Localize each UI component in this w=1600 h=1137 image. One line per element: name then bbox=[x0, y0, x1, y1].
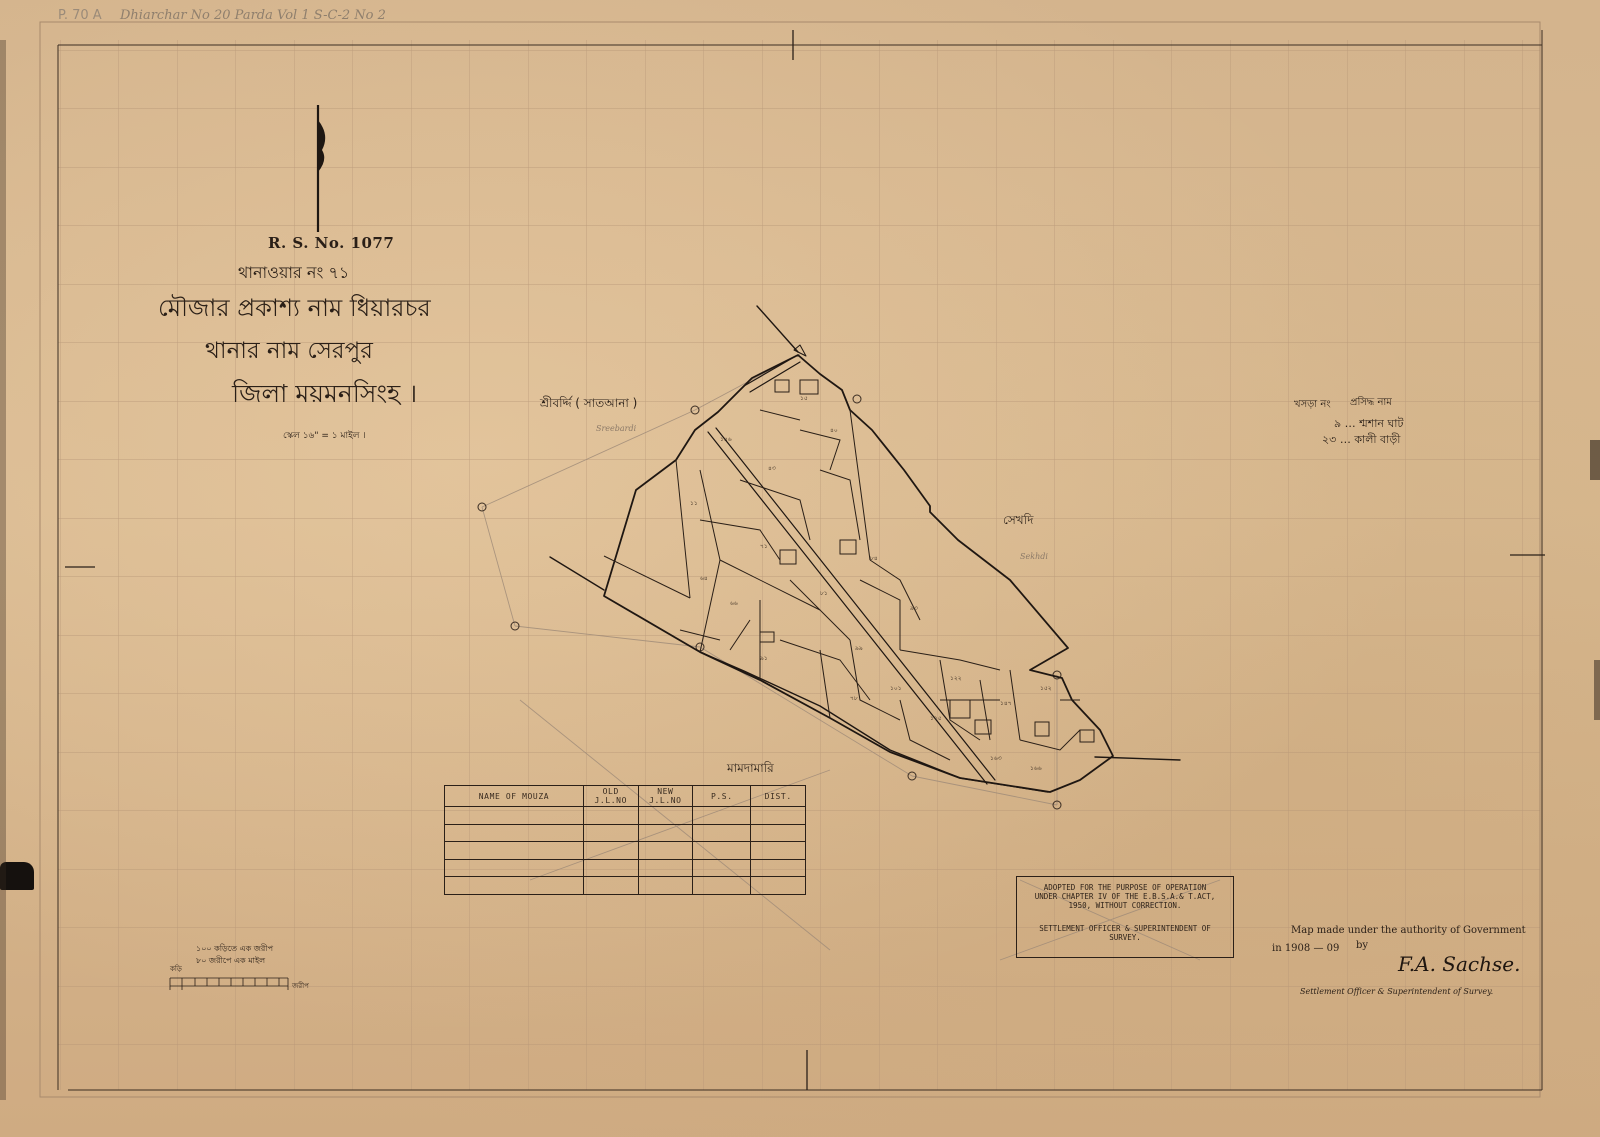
label-mamdamari: মামদামারি bbox=[727, 760, 774, 780]
table-cell bbox=[751, 877, 806, 895]
table-cell bbox=[638, 859, 693, 877]
table-cell bbox=[445, 877, 584, 895]
officer-signature: F.A. Sachse. bbox=[1398, 952, 1520, 976]
legend-row-sep: … bbox=[1340, 433, 1351, 446]
col-header-dist: DIST. bbox=[751, 786, 806, 807]
table-cell bbox=[751, 824, 806, 842]
adoption-line: UNDER CHAPTER IV OF THE E.B.S.A.& T.ACT, bbox=[1017, 892, 1233, 901]
svg-text:১১: ১১ bbox=[690, 500, 698, 507]
col-header-old-jl: OLD J.L.NO bbox=[583, 786, 638, 807]
legend-row-no: ৯ bbox=[1334, 417, 1341, 430]
adoption-line: 1950, WITHOUT CORRECTION. bbox=[1017, 901, 1233, 910]
svg-text:৯১: ৯১ bbox=[760, 655, 768, 662]
table-cell bbox=[693, 807, 751, 825]
label-sreebardi: শ্রীবর্দ্দি ( সাতআনা ) bbox=[540, 395, 637, 415]
legend-row-name: কালী বাড়ী bbox=[1354, 433, 1400, 446]
survey-year: in 1908 — 09 bbox=[1272, 943, 1339, 954]
rs-number: R. S. No. 1077 bbox=[268, 234, 394, 252]
table-header-row: NAME OF MOUZA OLD J.L.NO NEW J.L.NO P.S.… bbox=[445, 786, 806, 807]
table-row bbox=[445, 842, 806, 860]
svg-text:১২২: ১২২ bbox=[950, 675, 962, 682]
col-header-mouza: NAME OF MOUZA bbox=[445, 786, 584, 807]
legend-row-no: ২৩ bbox=[1322, 433, 1336, 446]
svg-text:৮৪: ৮৪ bbox=[870, 555, 878, 562]
table-cell bbox=[751, 807, 806, 825]
svg-text:৮১: ৮১ bbox=[820, 590, 828, 597]
legend-col-name: প্রসিদ্ধ নাম bbox=[1350, 395, 1392, 412]
paper-damage bbox=[1590, 440, 1600, 480]
svg-text:৪০: ৪০ bbox=[830, 427, 838, 434]
table-cell bbox=[445, 859, 584, 877]
authority-statement: Map made under the authority of Governme… bbox=[1291, 925, 1526, 936]
table-cell bbox=[751, 859, 806, 877]
authority-by: by bbox=[1356, 940, 1368, 951]
svg-text:১৪৬: ১৪৬ bbox=[720, 436, 732, 443]
svg-text:৬৬: ৬৬ bbox=[730, 600, 738, 607]
table-cell bbox=[445, 807, 584, 825]
table-cell bbox=[693, 842, 751, 860]
svg-text:১৪৭: ১৪৭ bbox=[1000, 700, 1012, 707]
pencil-label-sekhdi: Sekhdi bbox=[1020, 552, 1048, 561]
table-cell bbox=[583, 859, 638, 877]
table-cell bbox=[638, 877, 693, 895]
adoption-stamp: ADOPTED FOR THE PURPOSE OF OPERATION UND… bbox=[1016, 876, 1234, 958]
svg-text:৭১: ৭১ bbox=[760, 543, 768, 550]
map-sheet: ১৪৬১৫৪০ ৪৩১১৭১ ৮১৬৬৯১ ৯৯১০১১২৫ ১৪৭১৫২১৬৩… bbox=[0, 0, 1600, 1137]
table-cell bbox=[583, 824, 638, 842]
table-cell bbox=[693, 877, 751, 895]
district-name: জিলা ময়মনসিংহ । bbox=[232, 374, 417, 417]
svg-text:৭৮: ৭৮ bbox=[850, 695, 858, 702]
scale-line-2: ৮০ জরীপে এক মাইল bbox=[196, 955, 265, 968]
table-cell bbox=[583, 877, 638, 895]
svg-text:১৫২: ১৫২ bbox=[1040, 685, 1052, 692]
table-cell bbox=[445, 842, 584, 860]
table-row bbox=[445, 877, 806, 895]
svg-text:৯৩: ৯৩ bbox=[910, 605, 918, 612]
legend-row: ২৩ … কালী বাড়ী bbox=[1322, 431, 1400, 450]
paper-damage bbox=[1594, 660, 1600, 720]
adoption-line: ADOPTED FOR THE PURPOSE OF OPERATION bbox=[1017, 883, 1233, 892]
svg-text:১৬৬: ১৬৬ bbox=[1030, 765, 1042, 772]
table-cell bbox=[638, 842, 693, 860]
table-row bbox=[445, 824, 806, 842]
svg-text:১০১: ১০১ bbox=[890, 685, 902, 692]
signature-caption: Settlement Officer & Superintendent of S… bbox=[1300, 987, 1493, 996]
svg-text:৬৪: ৬৪ bbox=[700, 575, 708, 582]
pencil-label-sreebardi: Sreebardi bbox=[596, 424, 636, 433]
sheet-reference: P. 70 A bbox=[58, 8, 102, 23]
table-row bbox=[445, 807, 806, 825]
col-header-new-jl: NEW J.L.NO bbox=[638, 786, 693, 807]
table-row bbox=[445, 859, 806, 877]
mouza-name: মৌজার প্রকাশ্য নাম ধিয়ারচর bbox=[158, 290, 431, 330]
table-cell bbox=[751, 842, 806, 860]
table-cell bbox=[638, 824, 693, 842]
paper-edge bbox=[0, 40, 6, 1100]
table-cell bbox=[583, 807, 638, 825]
table-cell bbox=[638, 807, 693, 825]
legend-col-khasra: খসড়া নং bbox=[1294, 397, 1331, 414]
legend-row-sep: … bbox=[1345, 417, 1356, 430]
scale-unit-right: জরীপ bbox=[292, 980, 309, 992]
svg-text:৯৯: ৯৯ bbox=[855, 645, 863, 652]
mouza-info-table: NAME OF MOUZA OLD J.L.NO NEW J.L.NO P.S.… bbox=[444, 785, 806, 895]
table-cell bbox=[445, 824, 584, 842]
col-header-ps: P.S. bbox=[693, 786, 751, 807]
legend-row-name: শ্মশান ঘাট bbox=[1359, 417, 1403, 430]
svg-text:১৬৩: ১৬৩ bbox=[990, 755, 1002, 762]
thana-number: থানাওয়ার নং ৭১ bbox=[238, 260, 349, 287]
thana-name: থানার নাম সেরপুর bbox=[205, 332, 373, 371]
svg-text:১২৫: ১২৫ bbox=[930, 715, 942, 722]
label-sekhdi: সেখদি bbox=[1003, 512, 1033, 532]
svg-text:৪৩: ৪৩ bbox=[768, 465, 776, 472]
table-cell bbox=[693, 859, 751, 877]
map-scale: স্কেল ১৬" = ১ মাইল । bbox=[283, 428, 366, 443]
handwritten-note: Dhiarchar No 20 Parda Vol 1 S-C-2 No 2 bbox=[120, 8, 386, 23]
adoption-sign-line: SETTLEMENT OFFICER & SUPERINTENDENT OF bbox=[1017, 924, 1233, 933]
table-cell bbox=[583, 842, 638, 860]
table-cell bbox=[693, 824, 751, 842]
svg-text:১৫: ১৫ bbox=[800, 395, 808, 402]
adoption-sign-line: SURVEY. bbox=[1017, 933, 1233, 942]
scale-unit-left: কড়ি bbox=[170, 963, 182, 975]
